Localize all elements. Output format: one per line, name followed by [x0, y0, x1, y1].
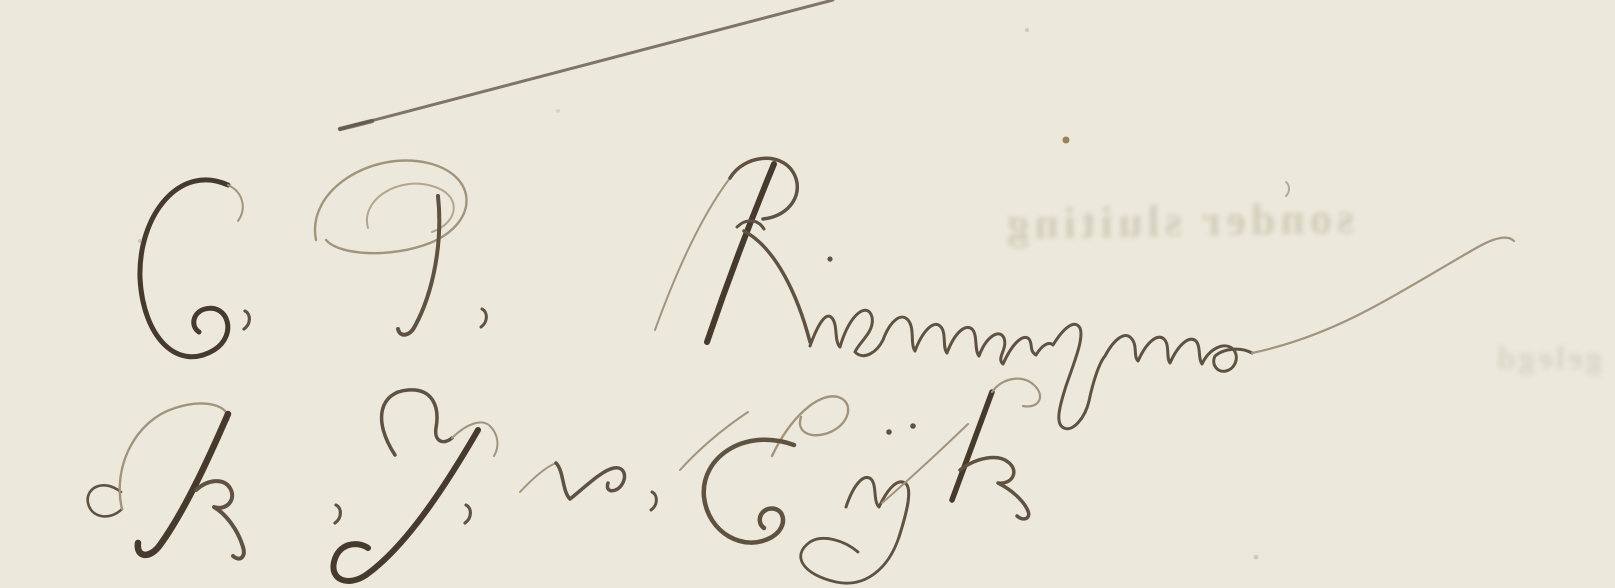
- stroke-final-flourish: [1252, 238, 1514, 353]
- i-dot: [827, 256, 832, 261]
- stroke-capital-e: [140, 180, 228, 357]
- stroke-capital-e2-body: [704, 440, 794, 543]
- ij-diaeresis-dot: [886, 429, 892, 435]
- stroke-k-stem: [952, 392, 992, 500]
- period-after-v: [651, 492, 656, 510]
- period-after-j: [465, 505, 470, 523]
- period-after-p: [481, 309, 486, 327]
- signature-van-eijk: [88, 379, 1040, 583]
- stroke-v-body: [556, 463, 625, 499]
- divider-rule-line: [340, 0, 833, 129]
- ink-specks: [138, 28, 1289, 560]
- stroke-capital-r2-leadcurl: [88, 485, 122, 516]
- stroke-capital-r2-stem: [138, 414, 228, 555]
- stroke-j-descender-loop: [801, 537, 899, 583]
- stroke-v-lead: [520, 463, 556, 492]
- stroke-capital-j-stem: [333, 430, 478, 581]
- period-after-e: [244, 311, 249, 329]
- stroke-k-toploop: [992, 379, 1040, 407]
- apostrophe-speck: [1286, 182, 1289, 196]
- small-speck: [1025, 28, 1029, 32]
- stroke-capital-e2-toploop: [772, 396, 848, 456]
- small-speck: [1254, 555, 1259, 560]
- stroke-capital-r-stem: [707, 164, 774, 342]
- stroke-capital-j-loop: [382, 390, 452, 455]
- stroke-capital-r2-leg: [196, 481, 244, 559]
- manuscript-page: sonder sluiting gelegd: [0, 0, 1615, 588]
- stroke-lowercase-run: [810, 310, 1252, 428]
- stroke-k-bow: [960, 458, 1029, 519]
- stroke-capital-r-leg: [744, 231, 810, 342]
- handwriting-layer: [0, 0, 1615, 588]
- stroke-capital-e-hairline: [228, 185, 243, 221]
- ij-diaeresis-dot: [910, 423, 916, 429]
- stroke-capital-p-bowl: [315, 161, 467, 254]
- brown-ink-speck: [1063, 137, 1070, 144]
- stroke-capital-p-stem: [398, 196, 439, 335]
- signature-riemersma: [140, 158, 1514, 428]
- period-after-r2: [335, 505, 340, 523]
- small-speck: [138, 239, 142, 243]
- small-speck: [556, 109, 560, 113]
